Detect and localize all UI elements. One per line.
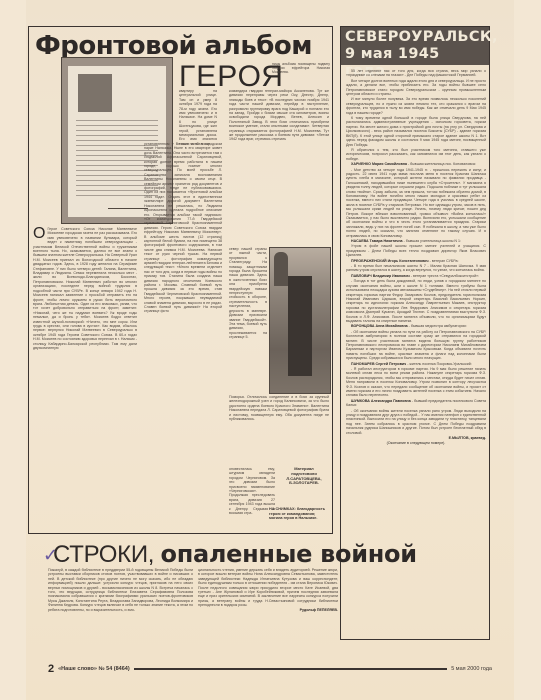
testimony-header: ПАВЛОВИЧ Владимир Иванович - ветеран тре… [346,274,486,278]
witness-role: - бывшая медсестра амбулатории: [409,324,467,328]
testimony-text: - Я работал инструктором в горкоме парти… [346,367,486,398]
title-regular: СТРОКИ, [53,541,161,568]
testimony-text: - Мое детство за четыре года 1941-1945 г… [346,168,486,239]
testimony-header: ПАНОМАРЕВ Сергей Петрович - житель посел… [346,362,486,366]
witness-name: ВОРОНЦОВА Анна Михайловна [351,324,408,328]
column-text: север нашей страны от южной части, прорв… [229,247,267,407]
issue-date: 5 мая 2000 года [451,666,492,672]
gravestone-shape [288,276,312,376]
column-text: О Герое Советского Союза Николае Матвеев… [33,227,137,527]
diploma-signature [108,202,148,209]
newspaper-issue: «Наше слово» № 54 (8464) [58,666,130,672]
page-number: 2 [48,663,54,675]
testimony-header: ВОРОНЦОВА Анна Михайловна - бывшая медсе… [346,324,486,328]
column-text: циональность чтения, умение держать себя… [198,568,338,640]
photo-caption: НА СНИМКАХ: благодарность герою от коман… [269,507,329,521]
paragraph: 55 лет отделяют нас от того дня, когда в… [346,69,486,78]
testimony-text: - Погода в тот день была дождливой, но л… [346,279,486,323]
paragraph: И вот минуло более полувека. За это врем… [346,97,486,115]
witness-role: - бывшая учительница школы N 1: [404,239,461,243]
witness-name: ПАВЛОВИЧ Владимир Иванович [351,274,410,278]
witness-name: ШУМКОВА Александра Павловна [351,399,411,403]
witness-role: - житель поселка Покровск-Уральский: [407,362,471,366]
witness-role: - бывшая жительница пос. Коноваловка: [408,162,476,166]
credit-line: Б.ЗОЛОТАРЕВ. [279,481,329,486]
witness-name: ПАНОМАРЕВ Сергей Петрович [351,362,406,366]
paragraph: Все четыре долгих военных года ждали это… [346,79,486,97]
testimony-header: НАСАЕВА Тамара Никитична - бывшая учител… [346,239,486,243]
column-text: установленном у Вечного огня в городском… [144,142,222,527]
witness-name: ПРЕОБРАЖЕНСКИЙ Игорь Константинович [351,259,429,263]
article-title-box: СЕВЕРОУРАЛЬСК, 9 мая 1945 года [341,27,489,65]
testimony-text: Утром в фойе нашей школы прошел митинг у… [346,244,486,257]
hero-portrait [78,74,112,112]
continued-note: (Окончание в следующем номере). [346,441,486,445]
page-footer: 2 «Наше слово» № 54 (8464) 5 мая 2000 го… [48,663,492,675]
title-bold: опаленные войной [161,540,417,568]
author-signature: Рудольф ПЕПЕЛЯЕВ. [198,608,338,612]
witness-role: - ветеран треста «Севуралбокситстрой»: [411,274,479,278]
column-text: Пожалуй, в каждой библиотеке в преддвери… [48,568,193,640]
bottom-article-title: СТРОКИ, опаленные войной [53,540,353,569]
hero-album-article: Фронтовой альбом ГЕРОЯ ницы альбома посв… [28,26,333,534]
paragraph: Я обратился к тем, кто был участником то… [346,148,486,161]
grave-photo [269,247,331,394]
author-credits: Материал подготовили Л.САРАТОВЦЕВА, Б.ЗО… [279,467,329,486]
title-line1: СЕВЕРОУРАЛЬСК, [345,29,485,46]
testimony-header: ПРЕОБРАЖЕНСКИЙ Игорь Константинович - ве… [346,259,486,263]
witness-role: - ветеран СУБРа: [430,259,459,263]
column-text: командира гвардии генерал-майора Аскалеп… [229,89,329,244]
witness-name: ХАРИЕНКО Мария Самойловна [351,162,407,166]
drop-cap: О [33,227,45,241]
footer-rule [134,668,448,671]
testimony-header: ХАРИЕНКО Мария Самойловна - бывшая жител… [346,162,486,166]
testimony-text: - Об окончании войны узнала по пути на р… [346,330,486,361]
tree-shape [274,252,288,286]
article-lead: ницы альбома посвящены подвигу гвардии е… [272,62,330,92]
column-text: Поморья. Отличилось соединение и в боях … [229,395,329,465]
witness-name: НАСАЕВА Тамара Никитична [351,239,403,243]
column-body: циональность чтения, умение держать себя… [198,568,338,608]
paragraph: К тому времени одной большой в городе бы… [346,116,486,147]
testimony-text: - Об окончании войны жители поселка узна… [346,409,486,435]
testimony-text: - В то время был начальником шахты N 7 -… [346,264,486,273]
testimony-header: ШУМКОВА Александра Павловна - бывший пре… [346,399,486,408]
column-body: Герое Советского Союза Николае Матвеевич… [33,227,137,350]
